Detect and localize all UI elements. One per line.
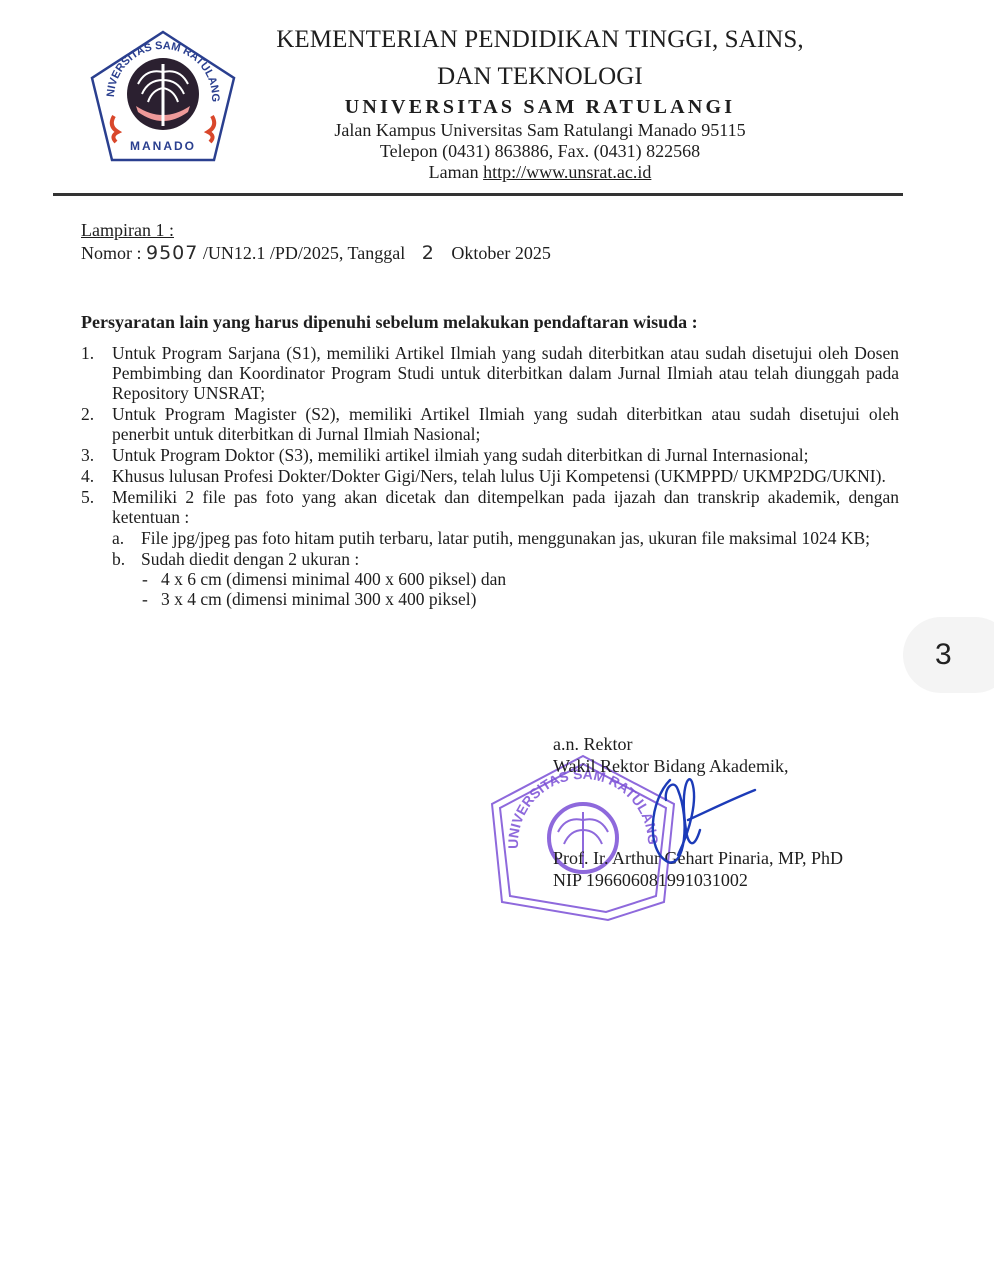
number-label: Nomor :	[81, 243, 142, 263]
reference-number-line: Nomor : 9507 /UN12.1 /PD/2025, Tanggal 2…	[81, 242, 551, 265]
website: Laman http://www.unsrat.ac.id	[240, 162, 840, 183]
requirements-list: 1.Untuk Program Sarjana (S1), memiliki A…	[81, 343, 899, 610]
sub-item: a.File jpg/jpeg pas foto hitam putih ter…	[112, 528, 899, 548]
address: Jalan Kampus Universitas Sam Ratulangi M…	[240, 120, 840, 141]
list-item: 3.Untuk Program Doktor (S3), memiliki ar…	[81, 445, 899, 465]
number-rest: /UN12.1 /PD/2025, Tanggal	[203, 243, 405, 263]
signatory-nip: NIP 196606081991031002	[553, 869, 748, 891]
signature	[630, 760, 770, 870]
date-rest: Oktober 2025	[451, 243, 550, 263]
university-logo: UNIVERSITAS SAM RATULANGI MANADO	[88, 28, 238, 168]
letterhead: KEMENTERIAN PENDIDIKAN TINGGI, SAINS, DA…	[240, 24, 840, 183]
on-behalf: a.n. Rektor	[553, 733, 632, 755]
list-item: 1.Untuk Program Sarjana (S1), memiliki A…	[81, 343, 899, 403]
phone-fax: Telepon (0431) 863886, Fax. (0431) 82256…	[240, 141, 840, 162]
university-name: UNIVERSITAS SAM RATULANGI	[240, 94, 840, 120]
header-divider	[53, 193, 903, 196]
requirements-title: Persyaratan lain yang harus dipenuhi seb…	[81, 312, 698, 333]
reference-block: Lampiran 1 : Nomor : 9507 /UN12.1 /PD/20…	[81, 219, 551, 265]
ministry-name-line2: DAN TEKNOLOGI	[240, 61, 840, 93]
handwritten-day: 2	[422, 242, 435, 264]
website-link[interactable]: http://www.unsrat.ac.id	[483, 162, 651, 182]
sub-item: b.Sudah diedit dengan 2 ukuran :	[112, 549, 899, 569]
size-item: -3 x 4 cm (dimensi minimal 300 x 400 pik…	[112, 589, 899, 609]
svg-text:MANADO: MANADO	[130, 139, 196, 153]
ministry-name-line1: KEMENTERIAN PENDIDIKAN TINGGI, SAINS,	[240, 24, 840, 56]
size-item: -4 x 6 cm (dimensi minimal 400 x 600 pik…	[112, 569, 899, 589]
page-number: 3	[935, 638, 952, 672]
website-prefix: Laman	[429, 162, 483, 182]
handwritten-number: 9507	[146, 242, 198, 264]
list-item: 2.Untuk Program Magister (S2), memiliki …	[81, 404, 899, 444]
list-item: 4.Khusus lulusan Profesi Dokter/Dokter G…	[81, 466, 899, 486]
list-item: 5. Memiliki 2 file pas foto yang akan di…	[81, 487, 899, 609]
attachment-title: Lampiran 1 :	[81, 219, 551, 242]
